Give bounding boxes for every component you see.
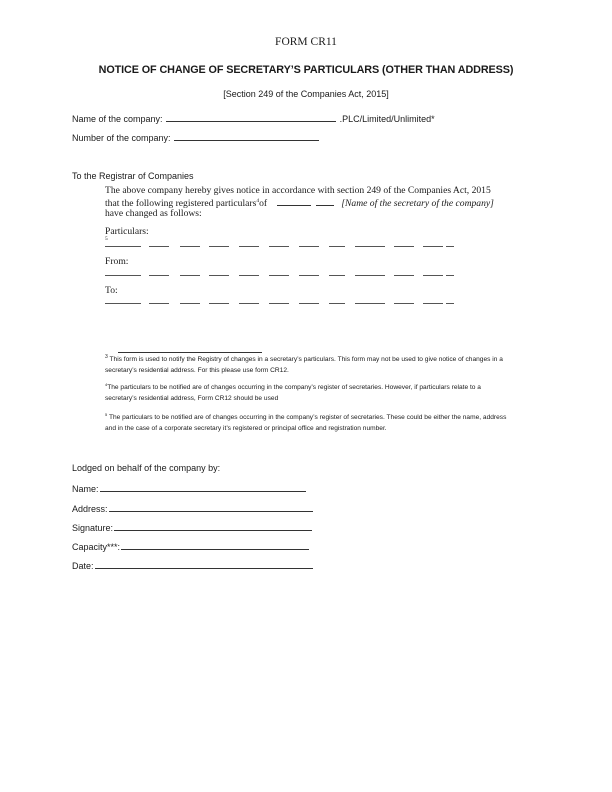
- notice-body: The above company hereby gives notice in…: [105, 186, 507, 220]
- footnote-4: 4The particulars to be notified are of c…: [105, 383, 510, 404]
- footnote-ref-5: 5: [105, 236, 108, 242]
- lodgement-capacity-label: Capacity***:: [72, 542, 120, 552]
- lodgement-signature-field[interactable]: [114, 521, 312, 531]
- to-field[interactable]: [105, 303, 465, 304]
- footnote-text: The particulars to be notified are of ch…: [105, 384, 481, 402]
- lodgement-date-field[interactable]: [95, 559, 313, 569]
- lodgement-date-label: Date:: [72, 561, 94, 571]
- lodgement-capacity-row: Capacity***:: [72, 540, 310, 552]
- company-type-suffix: .PLC/Limited/Unlimited*: [340, 114, 435, 124]
- secretary-name-field[interactable]: [277, 197, 311, 206]
- company-number-label: Number of the company:: [72, 133, 171, 143]
- notice-of-text: of: [259, 198, 267, 209]
- lodgement-heading: Lodged on behalf of the company by:: [72, 463, 220, 473]
- company-number-field[interactable]: [174, 131, 319, 141]
- lodgement-capacity-field[interactable]: [121, 540, 309, 550]
- footnote-text: The particulars to be notified are of ch…: [105, 414, 506, 432]
- particulars-label: Particulars:: [105, 226, 149, 237]
- from-label: From:: [105, 256, 128, 267]
- company-name-field[interactable]: [166, 112, 336, 122]
- lodgement-signature-row: Signature:: [72, 521, 313, 533]
- lodgement-address-field[interactable]: [109, 502, 313, 512]
- footnote-3: 3 This form is used to notify the Regist…: [105, 355, 510, 376]
- notice-line-3: have changed as follows:: [105, 209, 507, 220]
- addressee: To the Registrar of Companies: [72, 171, 194, 181]
- footnote-text: This form is used to notify the Registry…: [105, 356, 503, 374]
- secretary-name-field-2[interactable]: [316, 197, 334, 206]
- footnote-divider: [118, 352, 262, 353]
- lodgement-name-row: Name:: [72, 482, 307, 494]
- particulars-field[interactable]: [105, 246, 465, 247]
- to-label: To:: [105, 285, 118, 296]
- form-code: FORM CR11: [0, 36, 612, 48]
- footnote-5: 5 The particulars to be notified are of …: [105, 413, 510, 434]
- secretary-name-hint: [Name of the secretary of the company]: [341, 198, 494, 209]
- company-name-row: Name of the company: .PLC/Limited/Unlimi…: [72, 112, 435, 124]
- from-field[interactable]: [105, 275, 465, 276]
- lodgement-name-label: Name:: [72, 484, 99, 494]
- lodgement-address-row: Address:: [72, 502, 314, 514]
- lodgement-name-field[interactable]: [100, 482, 306, 492]
- lodgement-date-row: Date:: [72, 559, 314, 571]
- company-number-row: Number of the company:: [72, 131, 320, 143]
- lodgement-address-label: Address:: [72, 504, 108, 514]
- notice-line-2-text: that the following registered particular…: [105, 198, 256, 209]
- section-reference: [Section 249 of the Companies Act, 2015]: [0, 89, 612, 99]
- company-name-label: Name of the company:: [72, 114, 163, 124]
- notice-line-1: The above company hereby gives notice in…: [105, 186, 507, 197]
- page-title: NOTICE OF CHANGE OF SECRETARY’S PARTICUL…: [0, 64, 612, 76]
- lodgement-signature-label: Signature:: [72, 523, 113, 533]
